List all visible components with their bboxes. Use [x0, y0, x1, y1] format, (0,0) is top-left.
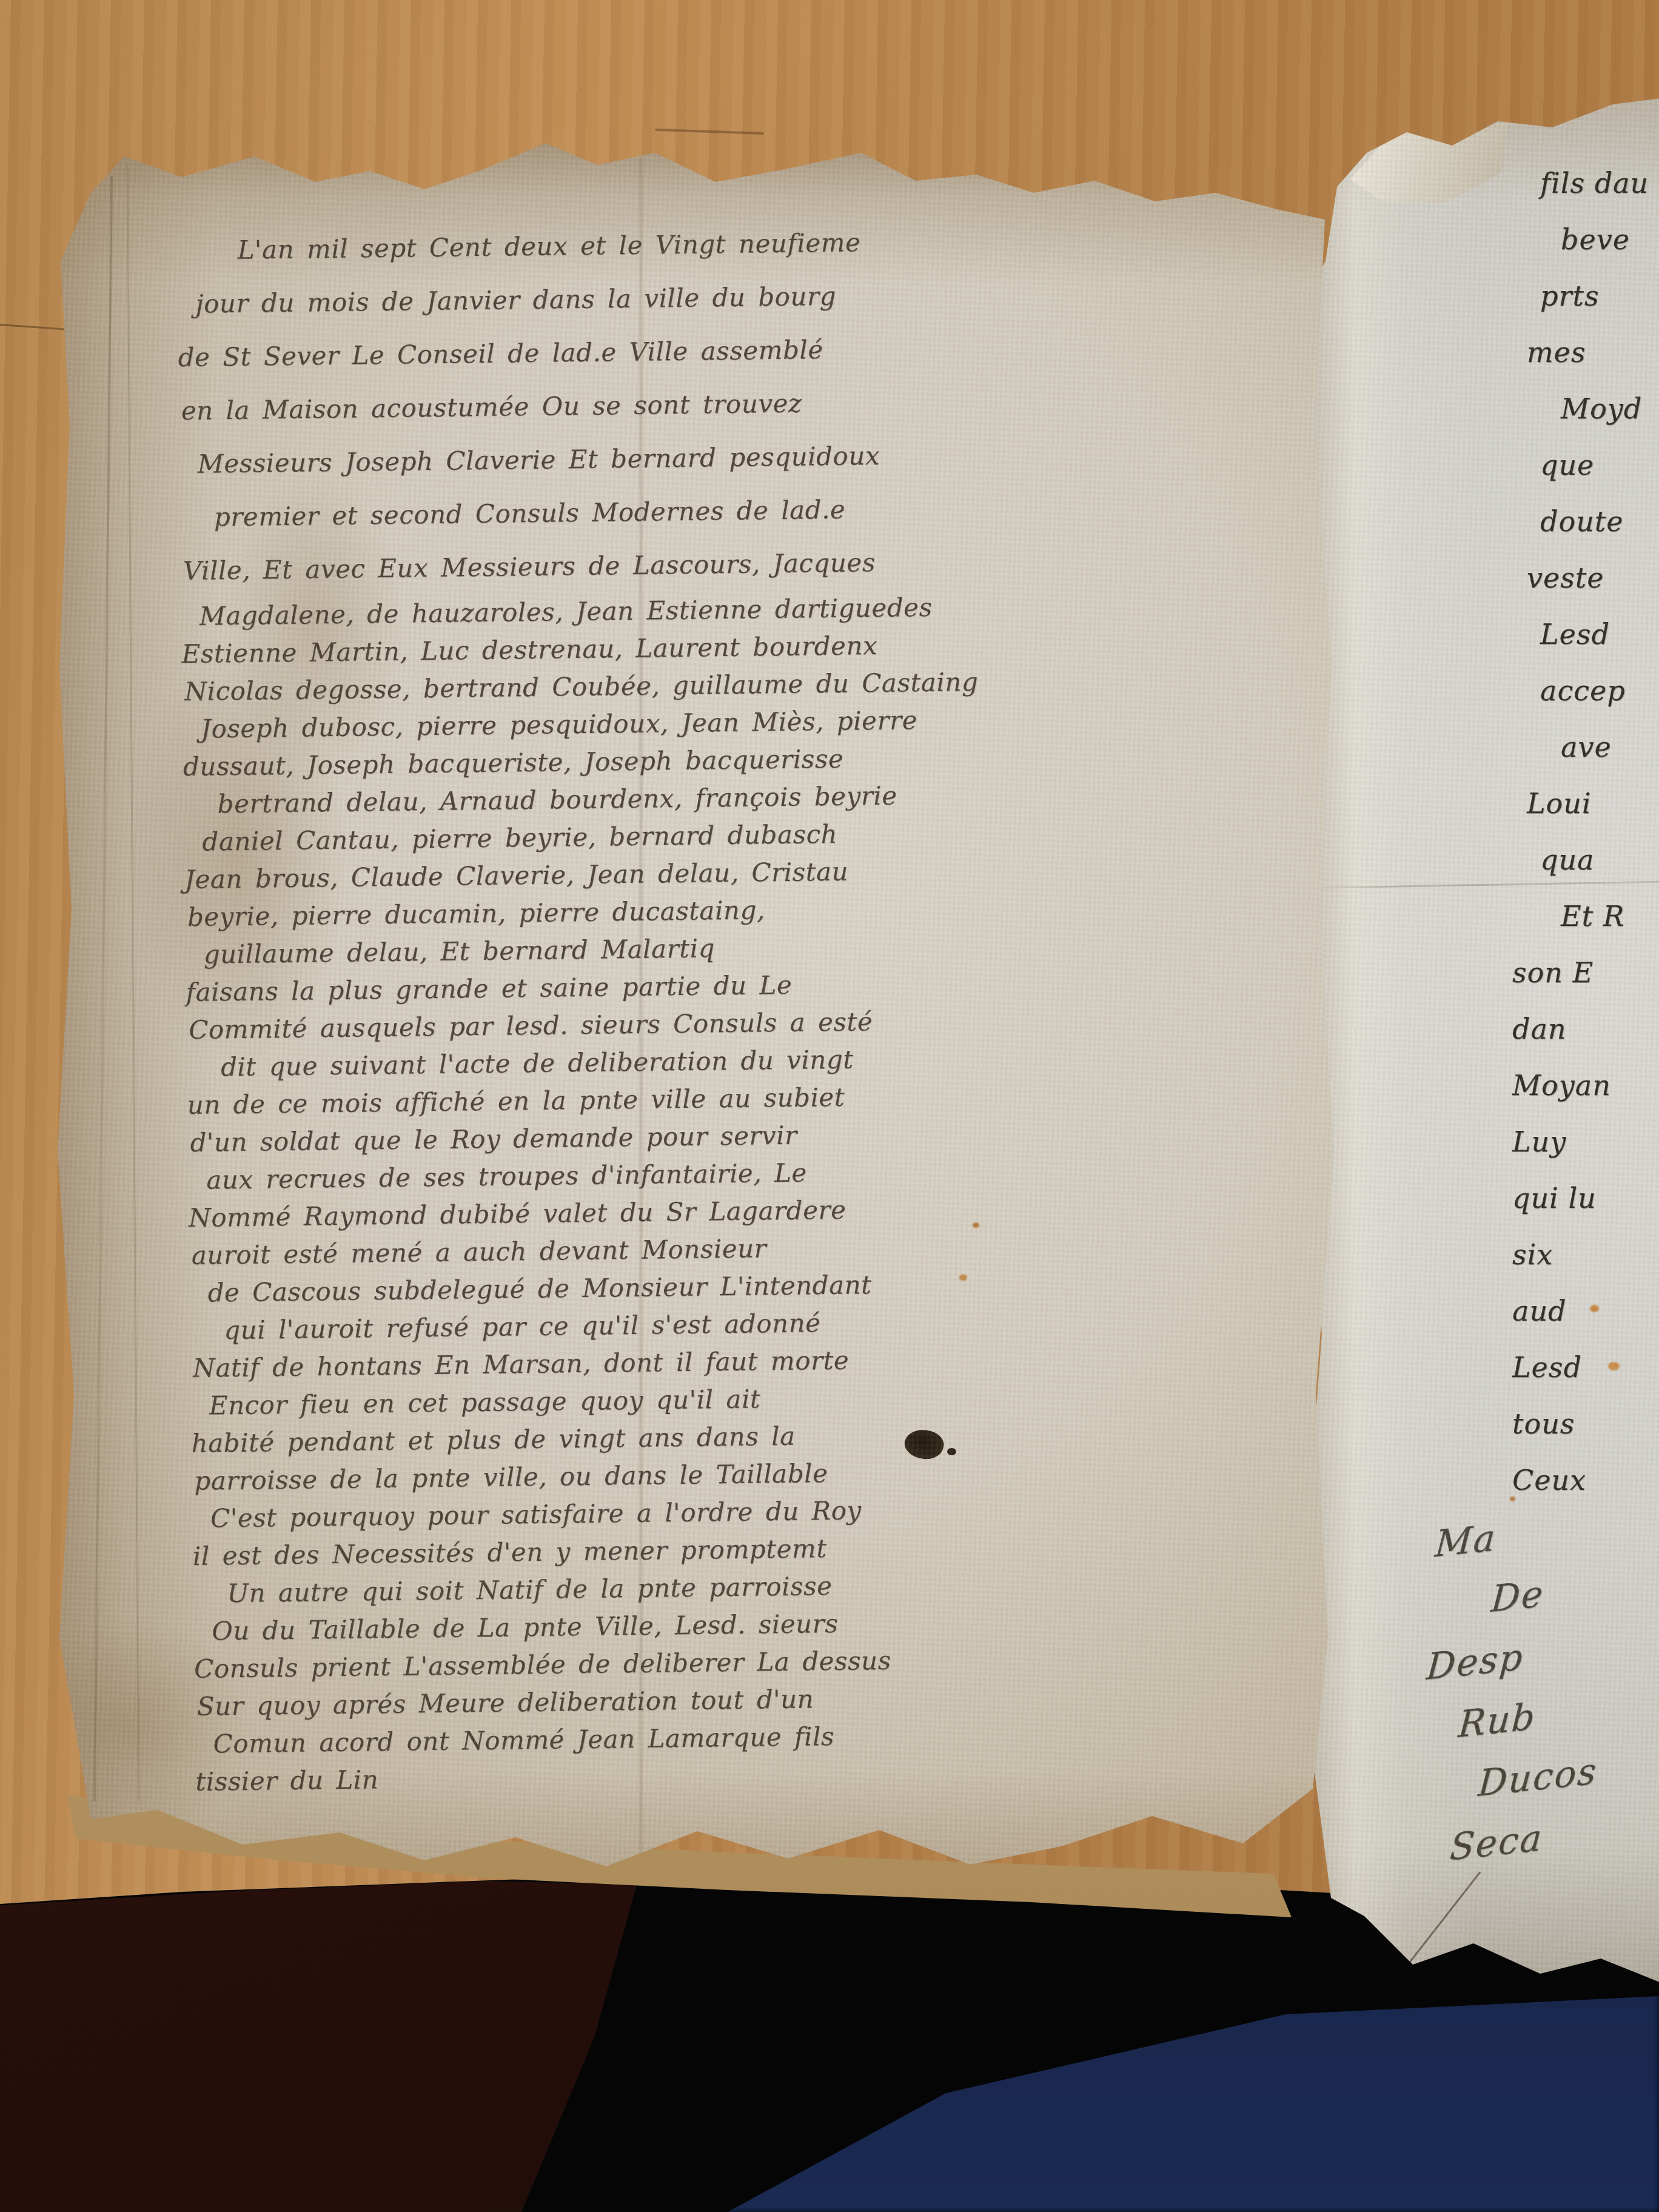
handwriting-fragment: dan: [1512, 1001, 1659, 1057]
handwriting-fragment: Moyan: [1512, 1057, 1659, 1114]
handwriting-fragment: son E: [1512, 945, 1659, 1001]
ink-blot-dot: [947, 1448, 956, 1455]
handwriting-fragment: tous: [1512, 1396, 1659, 1452]
folded-corner-crumple: [1345, 116, 1517, 215]
handwriting-fragment: qua: [1540, 832, 1659, 888]
manuscript-photo-scene: fils daubeveprtsmesMoydquedoutevesteLesd…: [0, 0, 1659, 2212]
manuscript-right-page: fils daubeveprtsmesMoydquedoutevesteLesd…: [1298, 97, 1659, 1986]
handwriting-fragment: Moyd: [1561, 381, 1659, 437]
handwriting-fragment: prts: [1540, 268, 1659, 324]
right-page-signatures: MaDeDespRubDucosSeca: [1448, 1490, 1659, 1879]
handwriting-fragment: qui lu: [1512, 1170, 1659, 1227]
handwriting-fragment: mes: [1527, 324, 1659, 381]
left-edge-crease: [127, 164, 140, 1801]
handwriting-fragment: Et R: [1561, 888, 1659, 945]
handwriting-fragment: accep: [1540, 663, 1659, 719]
right-page-line-fragments: fils daubeveprtsmesMoydquedoutevesteLesd…: [1540, 155, 1659, 1509]
handwriting-fragment: que: [1540, 437, 1659, 494]
handwriting-fragment: doute: [1540, 494, 1659, 550]
left-edge-crease: [93, 176, 113, 1801]
handwriting-fragment: beve: [1561, 212, 1659, 268]
handwriting-fragment: Loui: [1527, 776, 1659, 832]
handwriting-fragment: ave: [1561, 719, 1659, 776]
manuscript-body-text: L'an mil sept Cent deux et le Vingt neuf…: [179, 210, 1344, 1801]
manuscript-left-page: L'an mil sept Cent deux et le Vingt neuf…: [55, 139, 1334, 1886]
handwriting-fragment: fils dau: [1540, 155, 1659, 212]
handwriting-fragment: veste: [1527, 550, 1659, 606]
wood-grain-streak: [655, 129, 764, 135]
handwriting-fragment: Lesd: [1512, 1339, 1659, 1396]
handwriting-fragment: Luy: [1512, 1114, 1659, 1170]
handwriting-fragment: Lesd: [1540, 606, 1659, 663]
handwriting-fragment: aud: [1512, 1283, 1659, 1339]
handwriting-fragment: six: [1512, 1227, 1659, 1283]
